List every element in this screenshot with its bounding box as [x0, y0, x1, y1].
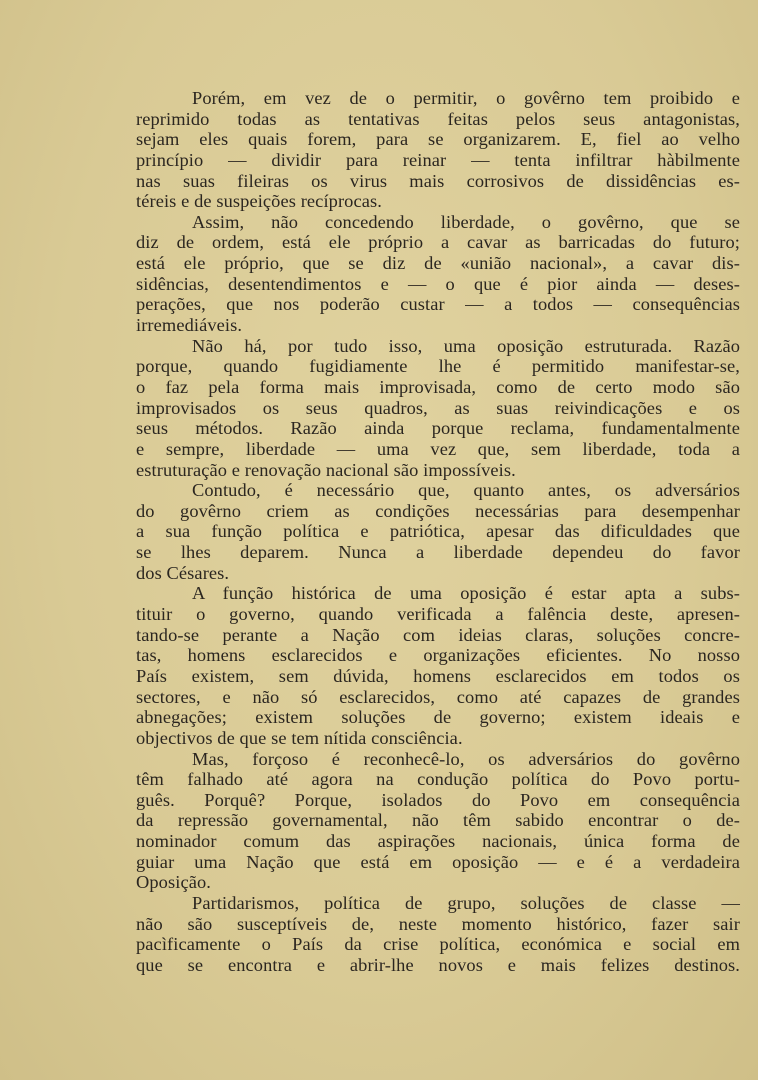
text-line: objectivos de que se tem nítida consciên…: [136, 728, 740, 749]
text-line: estruturação e renovação nacional são im…: [136, 460, 740, 481]
paragraph-2: Assim, não concedendo liberdade, o govêr…: [136, 212, 740, 336]
paragraph-1: Porém, em vez de o permitir, o govêrno t…: [136, 88, 740, 212]
text-line: sejam eles quais forem, para se organiza…: [136, 129, 740, 150]
text-line: sidências, desentendimentos e — o que é …: [136, 274, 740, 295]
text-line: reprimido todas as tentativas feitas pel…: [136, 109, 740, 130]
text-line: abnegações; existem soluções de governo;…: [136, 707, 740, 728]
text-line: tas, homens esclarecidos e organizações …: [136, 645, 740, 666]
text-line: irremediáveis.: [136, 315, 740, 336]
text-line: Não há, por tudo isso, uma oposição estr…: [136, 336, 740, 357]
text-line: não são susceptíveis de, neste momento h…: [136, 914, 740, 935]
text-line: do govêrno criem as condições necessária…: [136, 501, 740, 522]
text-line: Oposição.: [136, 872, 740, 893]
text-line: Mas, forçoso é reconhecê-lo, os adversár…: [136, 749, 740, 770]
paragraph-4: Contudo, é necessário que, quanto antes,…: [136, 480, 740, 583]
paragraph-3: Não há, por tudo isso, uma oposição estr…: [136, 336, 740, 480]
text-line: Contudo, é necessário que, quanto antes,…: [136, 480, 740, 501]
text-line: perações, que nos poderão custar — a tod…: [136, 294, 740, 315]
text-line: téreis e de suspeições recíprocas.: [136, 191, 740, 212]
paragraph-7: Partidarismos, política de grupo, soluçõ…: [136, 893, 740, 976]
text-line: pacìficamente o País da crise política, …: [136, 934, 740, 955]
text-line: nominador comum das aspirações nacionais…: [136, 831, 740, 852]
text-line: A função histórica de uma oposição é est…: [136, 583, 740, 604]
text-line: Porém, em vez de o permitir, o govêrno t…: [136, 88, 740, 109]
text-line: improvisados os seus quadros, as suas re…: [136, 398, 740, 419]
paragraph-6: Mas, forçoso é reconhecê-lo, os adversár…: [136, 749, 740, 893]
text-line: e sempre, liberdade — uma vez que, sem l…: [136, 439, 740, 460]
text-line: porque, quando fugidiamente lhe é permit…: [136, 356, 740, 377]
text-line: diz de ordem, está ele próprio a cavar a…: [136, 232, 740, 253]
text-line: guiar uma Nação que está em oposição — e…: [136, 852, 740, 873]
text-line: da repressão governamental, não têm sabi…: [136, 810, 740, 831]
text-line: Partidarismos, política de grupo, soluçõ…: [136, 893, 740, 914]
text-line: nas suas fileiras os virus mais corrosiv…: [136, 171, 740, 192]
paragraph-5: A função histórica de uma oposição é est…: [136, 583, 740, 748]
text-line: a sua função política e patriótica, apes…: [136, 521, 740, 542]
text-line: princípio — dividir para reinar — tenta …: [136, 150, 740, 171]
text-line: dos Césares.: [136, 563, 740, 584]
text-line: que se encontra e abrir-lhe novos e mais…: [136, 955, 740, 976]
text-line: têm falhado até agora na condução políti…: [136, 769, 740, 790]
text-line: tando-se perante a Nação com ideias clar…: [136, 625, 740, 646]
text-line: Assim, não concedendo liberdade, o govêr…: [136, 212, 740, 233]
text-line: se lhes deparem. Nunca a liberdade depen…: [136, 542, 740, 563]
text-line: está ele próprio, que se diz de «união n…: [136, 253, 740, 274]
text-line: seus métodos. Razão ainda porque reclama…: [136, 418, 740, 439]
text-line: o faz pela forma mais improvisada, como …: [136, 377, 740, 398]
text-line: tituir o governo, quando verificada a fa…: [136, 604, 740, 625]
text-line: País existem, sem dúvida, homens esclare…: [136, 666, 740, 687]
text-line: sectores, e não só esclarecidos, como at…: [136, 687, 740, 708]
text-line: guês. Porquê? Porque, isolados do Povo e…: [136, 790, 740, 811]
document-page: Porém, em vez de o permitir, o govêrno t…: [136, 88, 740, 976]
